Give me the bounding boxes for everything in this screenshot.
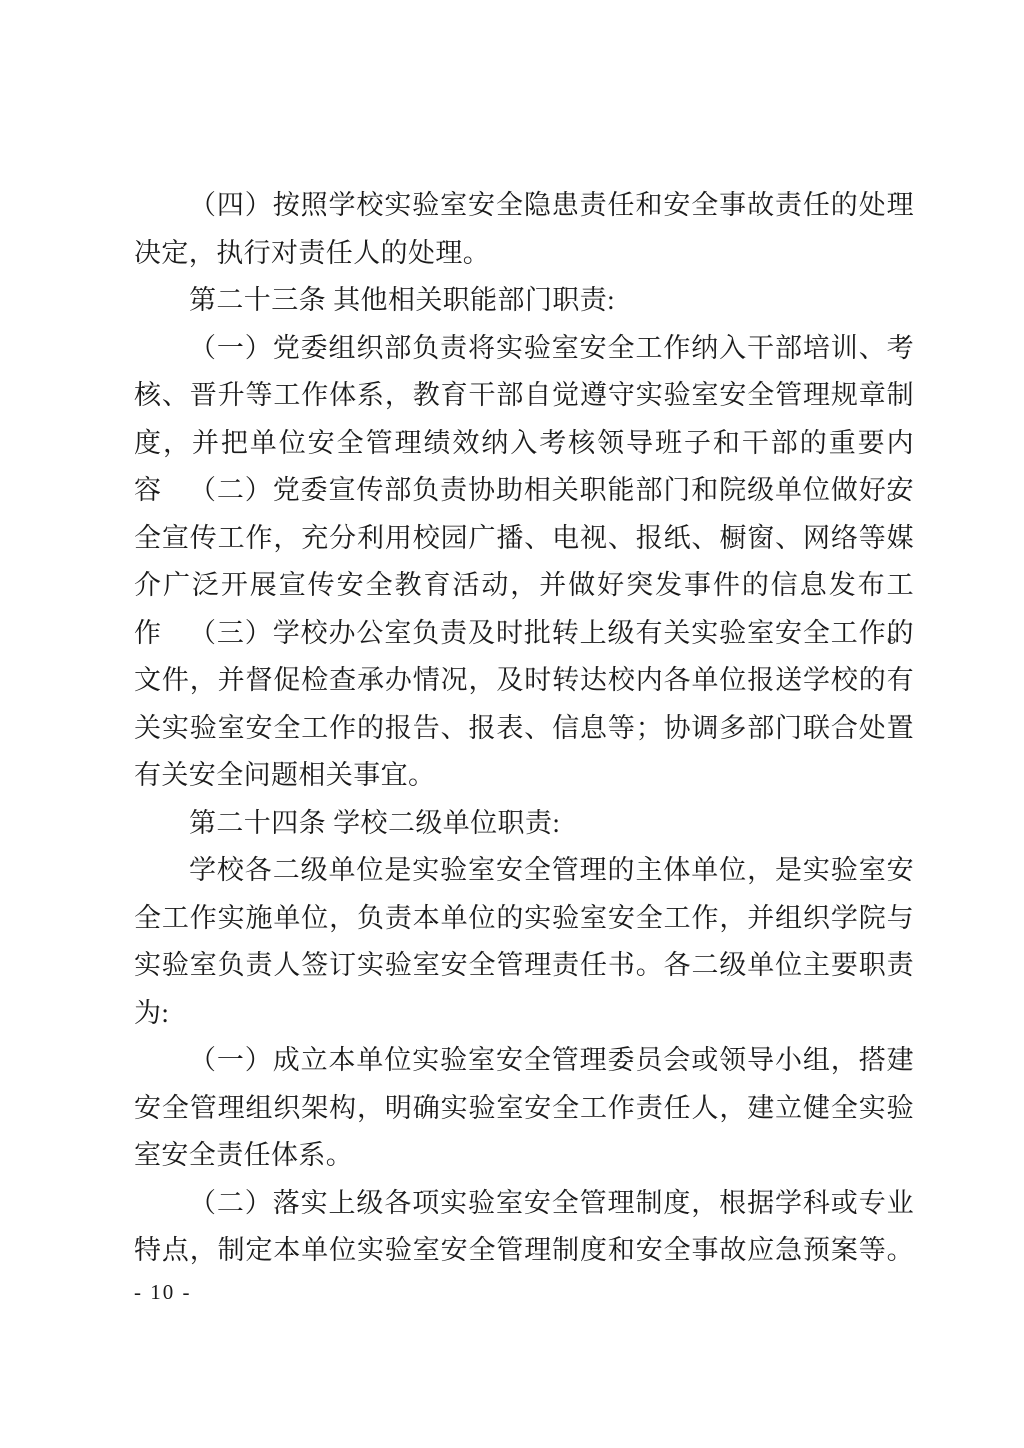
text-line: 安全管理组织架构，明确实验室安全工作责任人，建立健全实验 xyxy=(134,1085,914,1133)
text-line: （一）成立本单位实验室安全管理委员会或领导小组，搭建 xyxy=(134,1037,914,1085)
text-line: 度，并把单位安全管理绩效纳入考核领导班子和干部的重要内容。 xyxy=(134,420,914,468)
text-line: 实验室负责人签订实验室安全管理责任书。各二级单位主要职责 xyxy=(134,942,914,990)
text-line: （二）党委宣传部负责协助相关职能部门和院级单位做好安 xyxy=(134,467,914,515)
text-line: 关实验室安全工作的报告、报表、信息等；协调多部门联合处置 xyxy=(134,705,914,753)
text-line: （一）党委组织部负责将实验室安全工作纳入干部培训、考 xyxy=(134,325,914,373)
text-line: 文件，并督促检查承办情况，及时转达校内各单位报送学校的有 xyxy=(134,657,914,705)
text-line: （三）学校办公室负责及时批转上级有关实验室安全工作的 xyxy=(134,610,914,658)
text-line: 第二十四条 学校二级单位职责: xyxy=(134,800,914,848)
text-line: 介广泛开展宣传安全教育活动，并做好突发事件的信息发布工作。 xyxy=(134,562,914,610)
text-line: 第二十三条 其他相关职能部门职责: xyxy=(134,277,914,325)
text-line: 决定，执行对责任人的处理。 xyxy=(134,230,914,278)
text-line: 核、晋升等工作体系，教育干部自觉遵守实验室安全管理规章制 xyxy=(134,372,914,420)
text-line: 为: xyxy=(134,990,914,1038)
text-line: 学校各二级单位是实验室安全管理的主体单位，是实验室安 xyxy=(134,847,914,895)
text-line: 有关安全问题相关事宜。 xyxy=(134,752,914,800)
page-number: - 10 - xyxy=(134,1280,192,1305)
text-line: （二）落实上级各项实验室安全管理制度，根据学科或专业 xyxy=(134,1180,914,1228)
document-body: （四）按照学校实验室安全隐患责任和安全事故责任的处理决定，执行对责任人的处理。第… xyxy=(134,182,914,1275)
document-page: （四）按照学校实验室安全隐患责任和安全事故责任的处理决定，执行对责任人的处理。第… xyxy=(0,0,1024,1448)
text-line: 全工作实施单位，负责本单位的实验室安全工作，并组织学院与 xyxy=(134,895,914,943)
text-line: 特点，制定本单位实验室安全管理制度和安全事故应急预案等。 xyxy=(134,1227,914,1275)
text-line: 全宣传工作，充分利用校园广播、电视、报纸、橱窗、网络等媒 xyxy=(134,515,914,563)
text-line: （四）按照学校实验室安全隐患责任和安全事故责任的处理 xyxy=(134,182,914,230)
text-line: 室安全责任体系。 xyxy=(134,1132,914,1180)
